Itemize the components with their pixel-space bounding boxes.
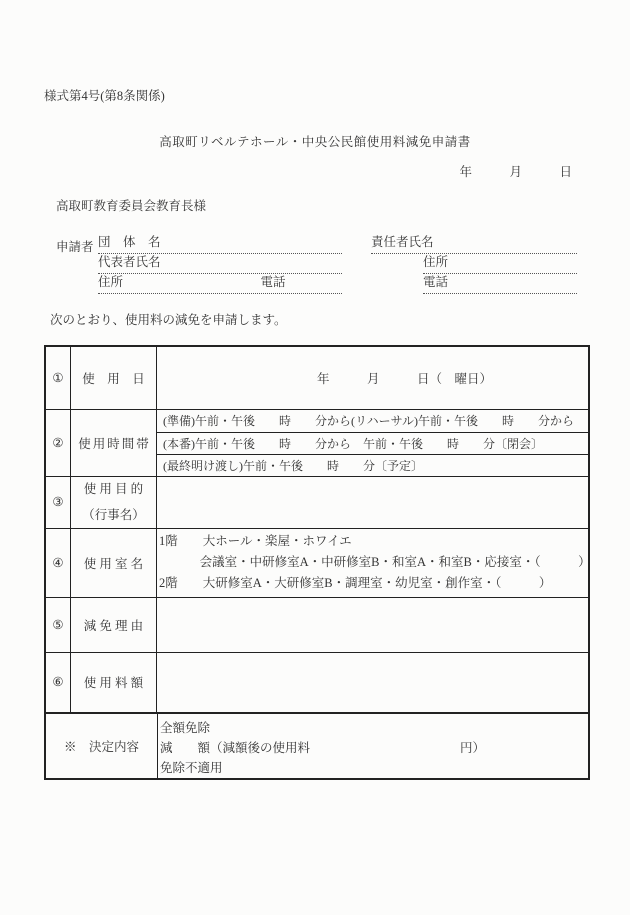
decision-reduced-amount: 減 額（減額後の使用料 円） [160, 738, 588, 758]
use-time-prep-line: (準備)午前・午後 時 分から(リハーサル)午前・午後 時 分から [157, 410, 588, 432]
decision-full-exemption: 全額免除 [160, 718, 588, 738]
row-number: ⑥ [46, 653, 71, 712]
row-label-rooms: 使 用 室 名 [71, 529, 157, 597]
table-row-use-date: ① 使 用 日 年 月 日（ 曜日） [46, 347, 588, 410]
rooms-floor1-line2: 会議室・中研修室A・中研修室B・和室A・和室B・応接室・（ ） [159, 552, 588, 573]
table-row-reduction-reason: ⑤ 減 免 理 由 [46, 598, 588, 652]
intro-text: 次のとおり、使用料の減免を申請します。 [50, 310, 287, 328]
row-number: ② [46, 410, 71, 475]
reason-content [157, 598, 588, 651]
address-phone-field-left: 住所 電話 [98, 274, 342, 294]
row-number: ④ [46, 529, 71, 597]
decision-content: 全額免除 減 額（減額後の使用料 円） 免除不適用 [158, 714, 588, 778]
rooms-floor1-line: 1階 大ホール・楽屋・ホワイエ [159, 531, 588, 552]
date-line: 年 月 日 [459, 162, 572, 180]
decision-label: ※ 決定内容 [46, 714, 158, 778]
table-row-use-time: ② 使用時間帯 (準備)午前・午後 時 分から(リハーサル)午前・午後 時 分か… [46, 410, 588, 476]
row-label-reason: 減 免 理 由 [71, 598, 157, 651]
application-form-page: 様式第4号(第8条関係) 高取町リベルテホール・中央公民館使用料減免申請書 年 … [0, 0, 630, 915]
decision-not-applicable: 免除不適用 [160, 758, 588, 778]
row-label-use-time: 使用時間帯 [71, 410, 157, 475]
org-name-field: 団 体 名 [98, 234, 342, 254]
row-label-fee: 使 用 料 額 [71, 653, 157, 712]
row-number: ① [46, 347, 71, 409]
address-field-right: 住所 [423, 254, 577, 274]
representative-name-field: 代表者氏名 [98, 254, 342, 274]
document-title: 高取町リベルテホール・中央公民館使用料減免申請書 [0, 132, 630, 150]
fee-reduction-table: ① 使 用 日 年 月 日（ 曜日） ② 使用時間帯 (準備)午前・午後 時 分… [44, 345, 590, 780]
table-row-decision: ※ 決定内容 全額免除 減 額（減額後の使用料 円） 免除不適用 [46, 714, 588, 778]
form-number: 様式第4号(第8条関係) [44, 86, 165, 104]
rooms-floor2-line: 2階 大研修室A・大研修室B・調理室・幼児室・創作室・（ ） [159, 573, 588, 594]
use-time-content: (準備)午前・午後 時 分から(リハーサル)午前・午後 時 分から (本番)午前… [157, 410, 588, 475]
use-time-handover-line: (最終明け渡し)午前・午後 時 分〔予定〕 [157, 455, 588, 476]
table-row-purpose: ③ 使 用 目 的 （行事名） [46, 477, 588, 529]
use-date-blank: 年 月 日（ 曜日） [317, 369, 588, 387]
table-row-fee-amount: ⑥ 使 用 料 額 [46, 653, 588, 714]
addressee-line: 高取町教育委員会教育長様 [56, 196, 206, 214]
row-number: ③ [46, 477, 71, 528]
use-time-main-line: (本番)午前・午後 時 分から 午前・午後 時 分〔閉会〕 [157, 433, 588, 455]
fee-content [157, 653, 588, 712]
purpose-content [157, 477, 588, 528]
row-label-purpose: 使 用 目 的 （行事名） [71, 477, 157, 528]
responsible-name-field: 責任者氏名 [371, 234, 577, 254]
phone-field-right: 電話 [423, 274, 577, 294]
row-number: ⑤ [46, 598, 71, 651]
table-row-rooms: ④ 使 用 室 名 1階 大ホール・楽屋・ホワイエ 会議室・中研修室A・中研修室… [46, 529, 588, 598]
purpose-label-line1: 使 用 目 的 [84, 476, 143, 502]
applicant-label: 申請者 [56, 237, 94, 255]
rooms-content: 1階 大ホール・楽屋・ホワイエ 会議室・中研修室A・中研修室B・和室A・和室B・… [157, 529, 588, 597]
purpose-label-line2: （行事名） [82, 502, 145, 528]
use-date-content: 年 月 日（ 曜日） [157, 347, 588, 409]
row-label-use-date: 使 用 日 [71, 347, 157, 409]
